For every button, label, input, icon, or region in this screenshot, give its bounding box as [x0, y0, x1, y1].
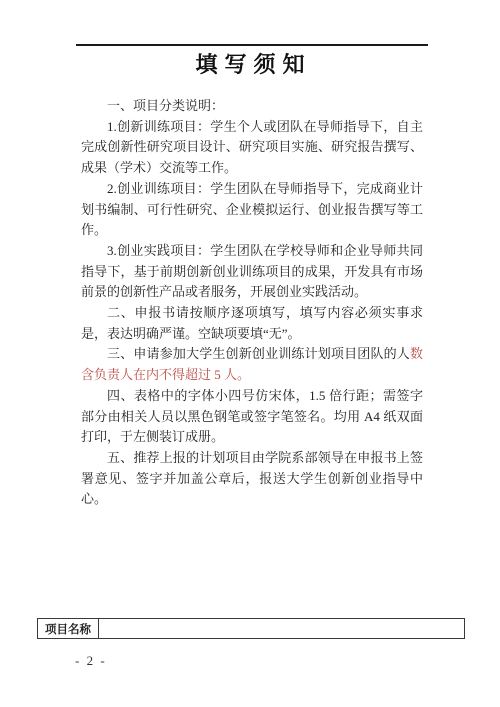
notice-paragraph: 2.创业训练项目：学生团队在导师指导下，完成商业计划书编制、可行性研究、企业模拟…	[81, 179, 423, 241]
document-page: 填写须知 一、项目分类说明： 1.创新训练项目：学生个人或团队在导师指导下，自主…	[0, 0, 500, 707]
paragraph-text: 3.创业实践项目：学生团队在学校导师和企业导师共同指导下，基于前期创新创业训练项…	[81, 243, 423, 299]
notice-section: 一、项目分类说明： 1.创新训练项目：学生个人或团队在导师指导下，自主完成创新性…	[81, 96, 423, 510]
notice-paragraph: 1.创新训练项目：学生个人或团队在导师指导下，自主完成创新性研究项目设计、研究项…	[81, 117, 423, 179]
page-title: 填写须知	[0, 48, 500, 79]
project-name-label-cell: 项目名称	[38, 619, 99, 638]
paragraph-text: 三、申请参加大学生创新创业训练计划项目团队的人	[107, 346, 410, 361]
page-number: - 2 -	[75, 653, 107, 669]
notice-paragraph: 五、推荐上报的计划项目由学院系部领导在申报书上签署意见、签字并加盖公章后，报送大…	[81, 448, 423, 510]
notice-paragraph: 二、申报书请按顺序逐项填写，填写内容必须实事求是，表达明确严谨。空缺项要填“无”…	[81, 303, 423, 344]
notice-paragraph: 四、表格中的字体小四号仿宋体，1.5 倍行距；需签字部分由相关人员以黑色钢笔或签…	[81, 386, 423, 448]
paragraph-text: 1.创新训练项目：学生个人或团队在导师指导下，自主完成创新性研究项目设计、研究项…	[81, 119, 423, 175]
paragraph-text: 四、表格中的字体小四号仿宋体，1.5 倍行距；需签字部分由相关人员以黑色钢笔或签…	[81, 388, 423, 444]
notice-paragraph: 一、项目分类说明：	[81, 96, 423, 117]
paragraph-text: 2.创业训练项目：学生团队在导师指导下，完成商业计划书编制、可行性研究、企业模拟…	[81, 181, 423, 237]
title-divider-rule	[76, 44, 428, 46]
paragraph-text: 五、推荐上报的计划项目由学院系部领导在申报书上签署意见、签字并加盖公章后，报送大…	[81, 450, 423, 506]
project-name-value-cell	[99, 619, 464, 638]
paragraph-text: 一、项目分类说明：	[107, 98, 224, 113]
project-name-table: 项目名称	[37, 618, 465, 639]
notice-paragraph: 三、申请参加大学生创新创业训练计划项目团队的人数含负责人在内不得超过 5 人。	[81, 344, 423, 385]
paragraph-text: 二、申报书请按顺序逐项填写，填写内容必须实事求是，表达明确严谨。空缺项要填“无”…	[81, 305, 423, 341]
notice-paragraph: 3.创业实践项目：学生团队在学校导师和企业导师共同指导下，基于前期创新创业训练项…	[81, 241, 423, 303]
